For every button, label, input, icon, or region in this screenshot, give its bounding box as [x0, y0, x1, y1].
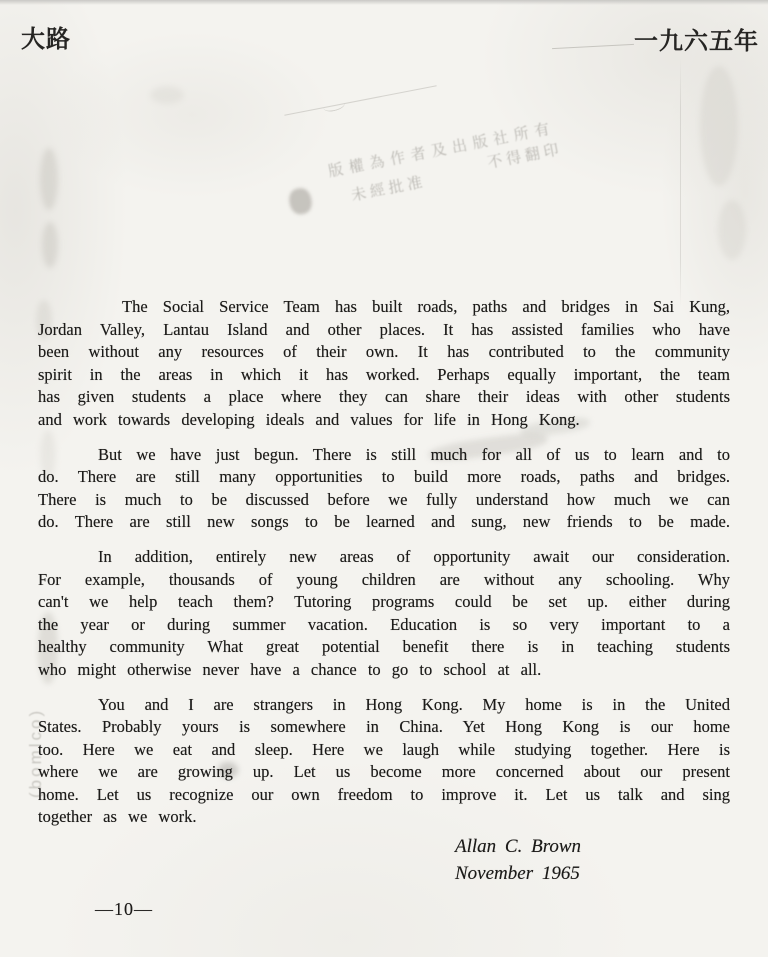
text-line: the year or during summer vacation. Educ…	[38, 614, 730, 637]
text-line: The Social Service Team has built roads,…	[38, 296, 730, 319]
copyright-stamp: 版權為作者及出版社所有 不得翻印 未經批准	[293, 101, 552, 217]
stamp-seal-blob	[287, 186, 314, 216]
pencil-mark	[322, 98, 346, 114]
paragraph-3: In addition, entirely new areas of oppor…	[38, 546, 730, 682]
pencil-mark	[284, 85, 436, 116]
text-line: Jordan Valley, Lantau Island and other p…	[38, 319, 730, 342]
text-line: In addition, entirely new areas of oppor…	[38, 546, 730, 569]
text-line: where we are growing up. Let us become m…	[38, 761, 730, 784]
signature-block: Allan C. Brown November 1965	[455, 833, 581, 887]
bleed-through-mark	[718, 200, 746, 260]
bleed-through-mark	[40, 148, 58, 210]
scanned-document-page: 大路 一九六五年 版權為作者及出版社所有 不得翻印 未經批准 (bomlco) …	[0, 0, 768, 957]
text-line: For example, thousands of young children…	[38, 569, 730, 592]
paragraph-2: But we have just begun. There is still m…	[38, 444, 730, 534]
text-line: But we have just begun. There is still m…	[38, 444, 730, 467]
text-line: healthy community What great potential b…	[38, 636, 730, 659]
text-line: together as we work.	[38, 806, 730, 829]
signature-name: Allan C. Brown	[455, 833, 581, 860]
bleed-through-mark	[150, 86, 184, 104]
text-line: can't we help teach them? Tutoring progr…	[38, 591, 730, 614]
stamp-text-no-approval: 未經批准	[349, 170, 428, 205]
journal-title: 大路	[21, 19, 71, 54]
text-line: do. There are still many opportunities t…	[38, 466, 730, 489]
text-line: You and I are strangers in Hong Kong. My…	[38, 694, 730, 717]
signature-date: November 1965	[455, 860, 581, 887]
text-line: too. Here we eat and sleep. Here we laug…	[38, 739, 730, 762]
paragraph-1: The Social Service Team has built roads,…	[38, 296, 730, 432]
pencil-mark	[552, 44, 634, 49]
page-number: —10—	[95, 899, 153, 920]
text-line: spirit in the areas in which it has work…	[38, 364, 730, 387]
text-line: been without any resources of their own.…	[38, 341, 730, 364]
text-line: home. Let us recognize our own freedom t…	[38, 784, 730, 807]
text-line: who might otherwise never have a chance …	[38, 659, 730, 682]
paragraph-4: You and I are strangers in Hong Kong. My…	[38, 694, 730, 830]
paper-crease	[680, 58, 681, 308]
text-line: has given students a place where they ca…	[38, 386, 730, 409]
journal-year: 一九六五年	[634, 21, 759, 56]
text-line: and work towards developing ideals and v…	[38, 409, 730, 432]
scan-edge-shadow	[0, 0, 768, 5]
text-line: do. There are still new songs to be lear…	[38, 511, 730, 534]
bleed-through-mark	[42, 222, 58, 268]
bleed-through-mark	[700, 66, 738, 186]
letter-body: The Social Service Team has built roads,…	[38, 296, 730, 841]
text-line: States. Probably yours is somewhere in C…	[38, 716, 730, 739]
text-line: There is much to be discussed before we …	[38, 489, 730, 512]
